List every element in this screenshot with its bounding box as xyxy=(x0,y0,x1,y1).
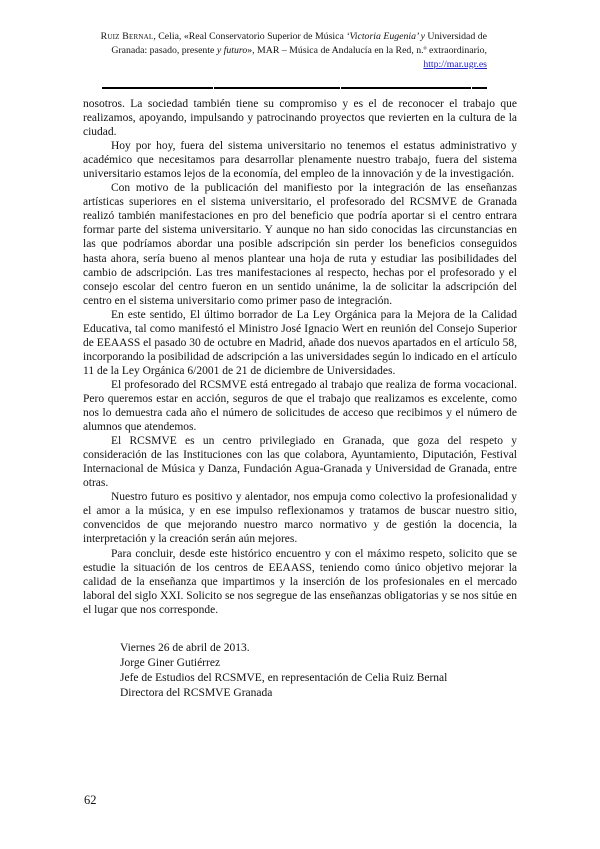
signature-block: Viernes 26 de abril de 2013. Jorge Giner… xyxy=(83,641,517,701)
header-rule xyxy=(102,87,488,89)
body-paragraph: Hoy por hoy, fuera del sistema universit… xyxy=(83,139,517,181)
citation-header: Ruiz Bernal, Celia, «Real Conservatorio … xyxy=(90,30,487,71)
body-paragraph: El profesorado del RCSMVE está entregado… xyxy=(83,378,517,434)
citation-title-italic: ‘Victoria Eugenia’ y xyxy=(346,31,425,42)
page-container: Ruiz Bernal, Celia, «Real Conservatorio … xyxy=(0,0,600,849)
citation-text: », MAR – Música de Andalucía en la Red, … xyxy=(247,45,487,56)
document-body: nosotros. La sociedad también tiene su c… xyxy=(83,97,517,701)
citation-author: Ruiz Bernal xyxy=(101,31,154,42)
signature-date: Viernes 26 de abril de 2013. xyxy=(120,641,517,656)
body-paragraph: Para concluir, desde este histórico encu… xyxy=(83,547,517,617)
body-paragraph: Con motivo de la publicación del manifie… xyxy=(83,181,517,307)
rule-segment xyxy=(102,87,213,89)
body-paragraph: nosotros. La sociedad también tiene su c… xyxy=(83,97,517,139)
rule-segment xyxy=(472,87,487,89)
page-number: 62 xyxy=(84,793,97,808)
body-paragraph: En este sentido, El último borrador de L… xyxy=(83,308,517,378)
body-paragraph: El RCSMVE es un centro privilegiado en G… xyxy=(83,434,517,490)
signature-name: Jorge Giner Gutiérrez xyxy=(120,656,517,671)
citation-text: , Celia, «Real Conservatorio Superior de… xyxy=(153,31,346,42)
signature-role: Jefe de Estudios del RCSMVE, en represen… xyxy=(120,671,517,686)
rule-segment xyxy=(341,87,471,89)
citation-link[interactable]: http://mar.ugr.es xyxy=(423,59,487,70)
body-paragraph: Nuestro futuro es positivo y alentador, … xyxy=(83,490,517,546)
signature-role-secondary: Directora del RCSMVE Granada xyxy=(120,686,517,701)
citation-title-italic: y futuro xyxy=(217,45,247,56)
rule-segment xyxy=(214,87,340,89)
